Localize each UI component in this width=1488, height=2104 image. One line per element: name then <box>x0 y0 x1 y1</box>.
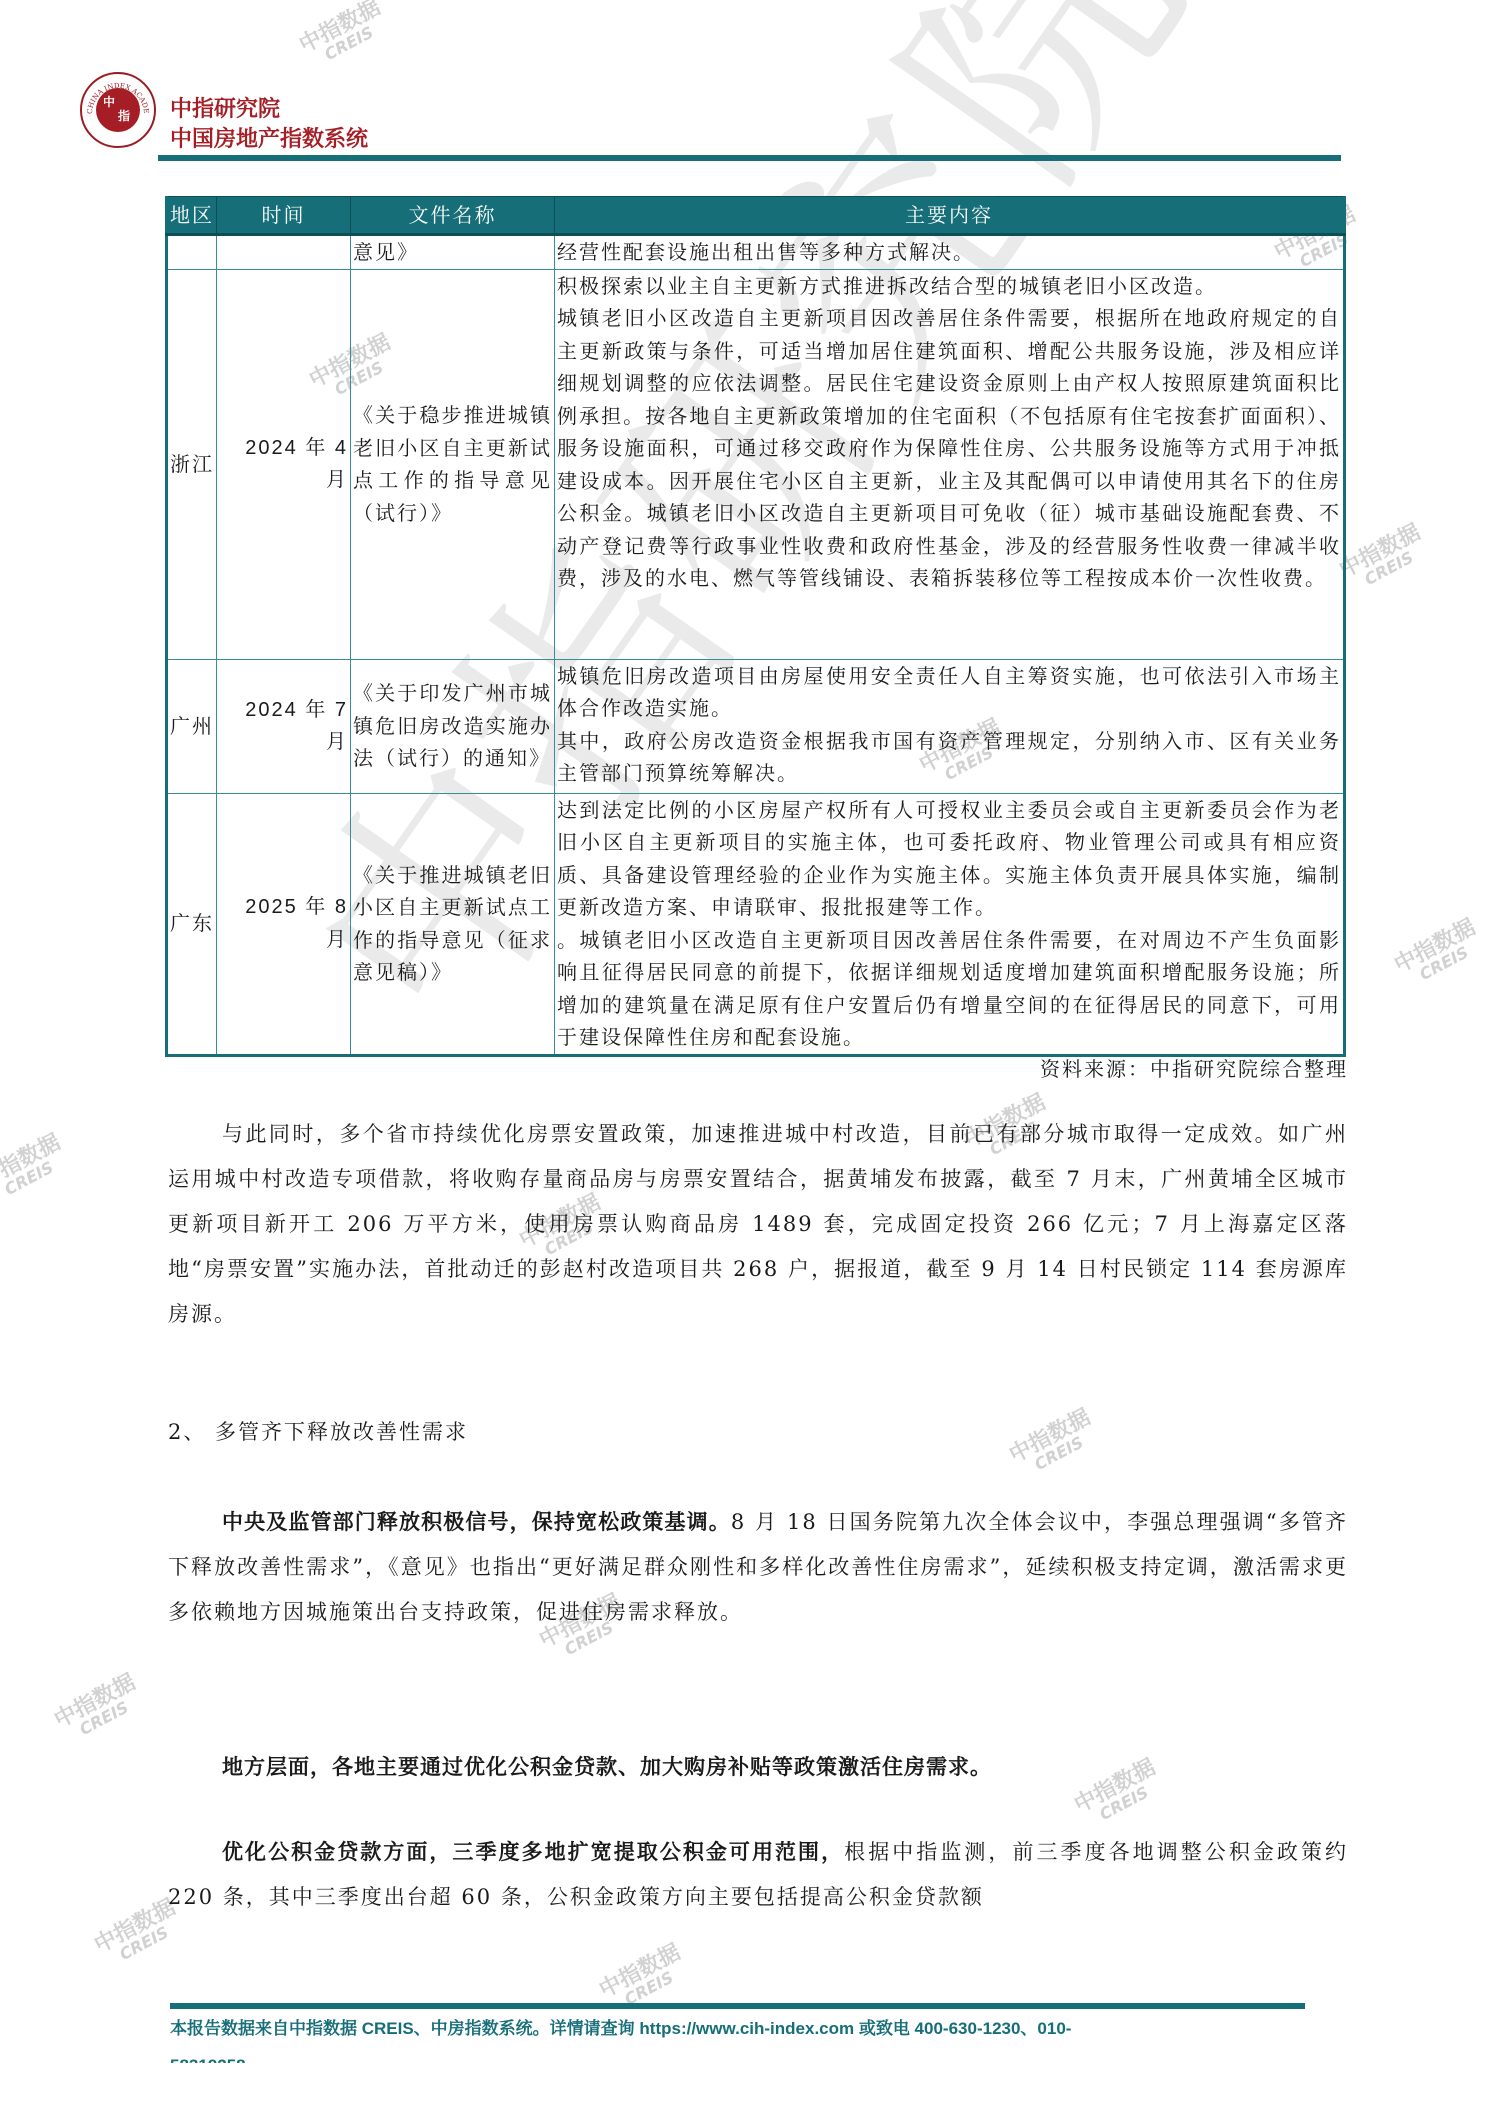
time-cell: 2025 年 8 月 <box>217 793 351 1055</box>
time-cell <box>217 235 351 270</box>
column-header-time: 时间 <box>217 197 351 235</box>
watermark-stamp: 中指数据CREIS <box>1336 522 1432 597</box>
time-cell: 2024 年 7 月 <box>217 659 351 793</box>
brand-subtitle: 中国房地产指数系统 <box>170 122 368 153</box>
body-paragraph-local-policy: 地方层面，各地主要通过优化公积金贷款、加大购房补贴等政策激活住房需求。 <box>168 1745 1348 1790</box>
watermark-stamp: 中指数据CREIS <box>0 1132 72 1207</box>
body-paragraph-central-policy: 中央及监管部门释放积极信号，保持宽松政策基调。8 月 18 日国务院第九次全体会… <box>168 1500 1348 1635</box>
academy-logo: CHINA INDEX ACADEMY 中 指 <box>80 72 156 148</box>
footer-cut-line: 58319258 <box>170 2049 1320 2063</box>
paragraph-lead-bold: 优化公积金贷款方面，三季度多地扩宽提取公积金可用范围， <box>222 1840 844 1864</box>
region-cell: 浙江 <box>167 269 217 659</box>
footer-contact-note: 本报告数据来自中指数据 CREIS、中房指数系统。详情请查询 https://w… <box>170 2012 1320 2063</box>
file-name-cell: 《关于稳步推进城镇老旧小区自主更新试点工作的指导意见（试行）》 <box>351 269 555 659</box>
column-header-region: 地区 <box>167 197 217 235</box>
policy-table: 地区 时间 文件名称 主要内容 意见》 经营性配套设施出租出售等多种方式解决。 … <box>165 196 1346 1057</box>
file-name-cell: 意见》 <box>351 235 555 270</box>
table-row: 意见》 经营性配套设施出租出售等多种方式解决。 <box>167 235 1345 270</box>
content-cell: 积极探索以业主自主更新方式推进拆改结合型的城镇老旧小区改造。 城镇老旧小区改造自… <box>555 269 1345 659</box>
region-cell: 广州 <box>167 659 217 793</box>
paragraph-lead-bold: 地方层面，各地主要通过优化公积金贷款、加大购房补贴等政策激活住房需求。 <box>222 1755 992 1779</box>
column-header-content: 主要内容 <box>555 197 1345 235</box>
footer-divider <box>170 2003 1305 2009</box>
content-cell: 城镇危旧房改造项目由房屋使用安全责任人自主筹资实施，也可依法引入市场主体合作改造… <box>555 659 1345 793</box>
column-header-file: 文件名称 <box>351 197 555 235</box>
table-row: 广东 2025 年 8 月 《关于推进城镇老旧小区自主更新试点工作的指导意见（征… <box>167 793 1345 1055</box>
region-cell: 广东 <box>167 793 217 1055</box>
body-paragraph-housing-voucher: 与此同时，多个省市持续优化房票安置政策，加速推进城中村改造，目前已有部分城市取得… <box>168 1112 1348 1337</box>
watermark-stamp: 中指数据CREIS <box>51 1672 147 1747</box>
logo-emblem: 中 指 <box>96 88 140 132</box>
table-row: 浙江 2024 年 4 月 《关于稳步推进城镇老旧小区自主更新试点工作的指导意见… <box>167 269 1345 659</box>
content-cell: 达到法定比例的小区房屋产权所有人可授权业主委员会或自主更新委员会作为老旧小区自主… <box>555 793 1345 1055</box>
watermark-stamp: 中指数据CREIS <box>296 0 392 71</box>
watermark-stamp: 中指数据CREIS <box>1391 917 1487 992</box>
file-name-cell: 《关于推进城镇老旧小区自主更新试点工作的指导意见（征求意见稿）》 <box>351 793 555 1055</box>
brand-name: 中指研究院 <box>170 92 280 123</box>
file-name-cell: 《关于印发广州市城镇危旧房改造实施办法（试行）的通知》 <box>351 659 555 793</box>
header-divider <box>158 155 1341 161</box>
region-cell <box>167 235 217 270</box>
table-row: 广州 2024 年 7 月 《关于印发广州市城镇危旧房改造实施办法（试行）的通知… <box>167 659 1345 793</box>
body-paragraph-provident-fund: 优化公积金贷款方面，三季度多地扩宽提取公积金可用范围，根据中指监测，前三季度各地… <box>168 1830 1348 1920</box>
content-cell: 经营性配套设施出租出售等多种方式解决。 <box>555 235 1345 270</box>
table-source-note: 资料来源：中指研究院综合整理 <box>1040 1053 1348 1082</box>
section-heading: 2、 多管齐下释放改善性需求 <box>168 1410 1348 1455</box>
paragraph-lead-bold: 中央及监管部门释放积极信号，保持宽松政策基调。 <box>222 1510 731 1534</box>
time-cell: 2024 年 4 月 <box>217 269 351 659</box>
table-header-row: 地区 时间 文件名称 主要内容 <box>167 197 1345 235</box>
